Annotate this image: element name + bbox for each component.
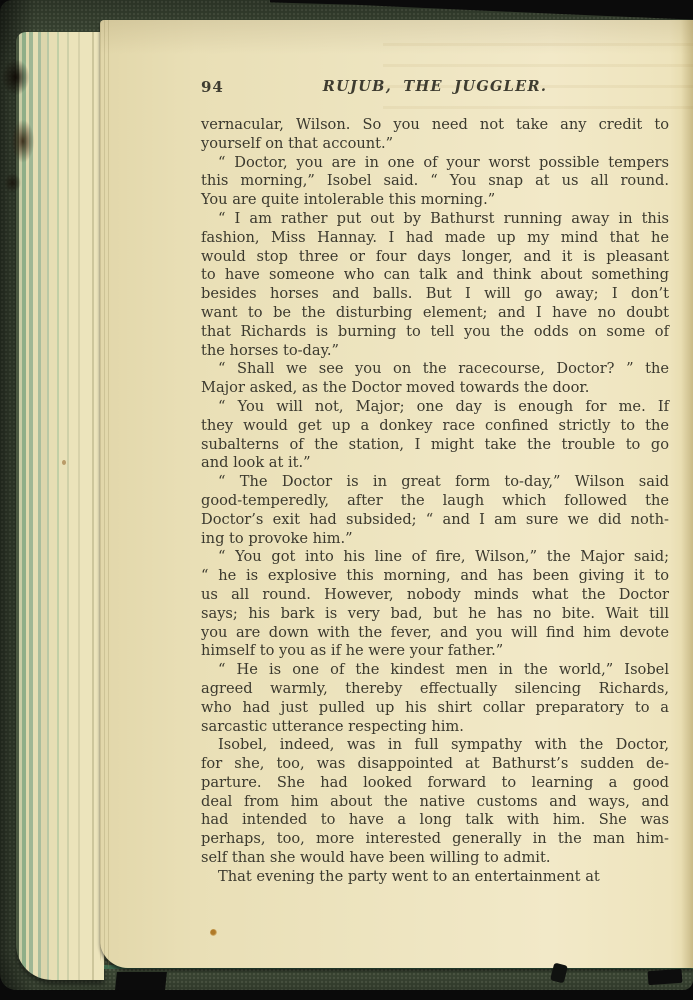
text-line: this morning,” Isobel said. “ You snap a… <box>201 172 669 191</box>
text-line: Major asked, as the Doctor moved towards… <box>201 379 669 398</box>
text-line: Doctor’s exit had subsided; “ and I am s… <box>201 511 669 530</box>
text-line: besides horses and balls. But I will go … <box>201 285 669 304</box>
text-line: that Richards is burning to tell you the… <box>201 323 669 342</box>
text-line: That evening the party went to an entert… <box>201 868 669 887</box>
text-line: they would get up a donkey race confined… <box>201 417 669 436</box>
text-line: vernacular, Wilson. So you need not take… <box>201 116 669 135</box>
cover-edge-notch <box>115 972 167 990</box>
text-line: fashion, Miss Hannay. I had made up my m… <box>201 229 669 248</box>
text-line: us all round. However, nobody minds what… <box>201 586 669 605</box>
text-line: subalterns of the station, I might take … <box>201 436 669 455</box>
text-line: “ He is one of the kindest men in the wo… <box>201 661 669 680</box>
book-page: 94 RUJUB, THE JUGGLER. vernacular, Wilso… <box>100 20 693 968</box>
text-line: the horses to-day.” <box>201 342 669 361</box>
text-line: you are down with the fever, and you wil… <box>201 624 669 643</box>
page-curl-shade <box>681 20 693 968</box>
text-line: parture. She had looked forward to learn… <box>201 774 669 793</box>
running-head: 94 RUJUB, THE JUGGLER. <box>201 78 669 98</box>
text-line: “ The Doctor is in great form to-day,” W… <box>201 473 669 492</box>
text-line: “ Shall we see you on the racecourse, Do… <box>201 360 669 379</box>
text-line: Isobel, indeed, was in full sympathy wit… <box>201 736 669 755</box>
running-title: RUJUB, THE JUGGLER. <box>201 78 669 95</box>
cover-edge-bump <box>648 969 683 985</box>
text-line: and look at it.” <box>201 454 669 473</box>
text-line: had intended to have a long talk with hi… <box>201 811 669 830</box>
text-line: ing to provoke him.” <box>201 530 669 549</box>
text-line: deal from him about the native customs a… <box>201 793 669 812</box>
book-photo: 94 RUJUB, THE JUGGLER. vernacular, Wilso… <box>0 0 693 1000</box>
text-line: to have someone who can talk and think a… <box>201 266 669 285</box>
cover-corner-wear <box>0 42 52 202</box>
text-line: good-temperedly, after the laugh which f… <box>201 492 669 511</box>
text-line: “ You will not, Major; one day is enough… <box>201 398 669 417</box>
text-line: sarcastic utterance respecting him. <box>201 718 669 737</box>
text-line: “ I am rather put out by Bathurst runnin… <box>201 210 669 229</box>
text-line: perhaps, too, more interested generally … <box>201 830 669 849</box>
text-line: would stop three or four days longer, an… <box>201 248 669 267</box>
text-block: vernacular, Wilson. So you need not take… <box>201 116 669 887</box>
text-line: himself to you as if he were your father… <box>201 642 669 661</box>
text-line: yourself on that account.” <box>201 135 669 154</box>
text-line: “ he is explosive this morning, and has … <box>201 567 669 586</box>
text-line: agreed warmly, thereby effectually silen… <box>201 680 669 699</box>
foxing-spot <box>210 929 217 936</box>
text-line: “ Doctor, you are in one of your worst p… <box>201 154 669 173</box>
text-line: for she, too, was disappointed at Bathur… <box>201 755 669 774</box>
text-line: who had just pulled up his shirt collar … <box>201 699 669 718</box>
text-line: self than she would have been willing to… <box>201 849 669 868</box>
text-line: says; his bark is very bad, but he has n… <box>201 605 669 624</box>
text-line: “ You got into his line of fire, Wilson,… <box>201 548 669 567</box>
text-line: want to be the disturbing element; and I… <box>201 304 669 323</box>
text-line: You are quite intolerable this morning.” <box>201 191 669 210</box>
edge-fleck <box>62 460 66 465</box>
page-number: 94 <box>201 78 224 96</box>
